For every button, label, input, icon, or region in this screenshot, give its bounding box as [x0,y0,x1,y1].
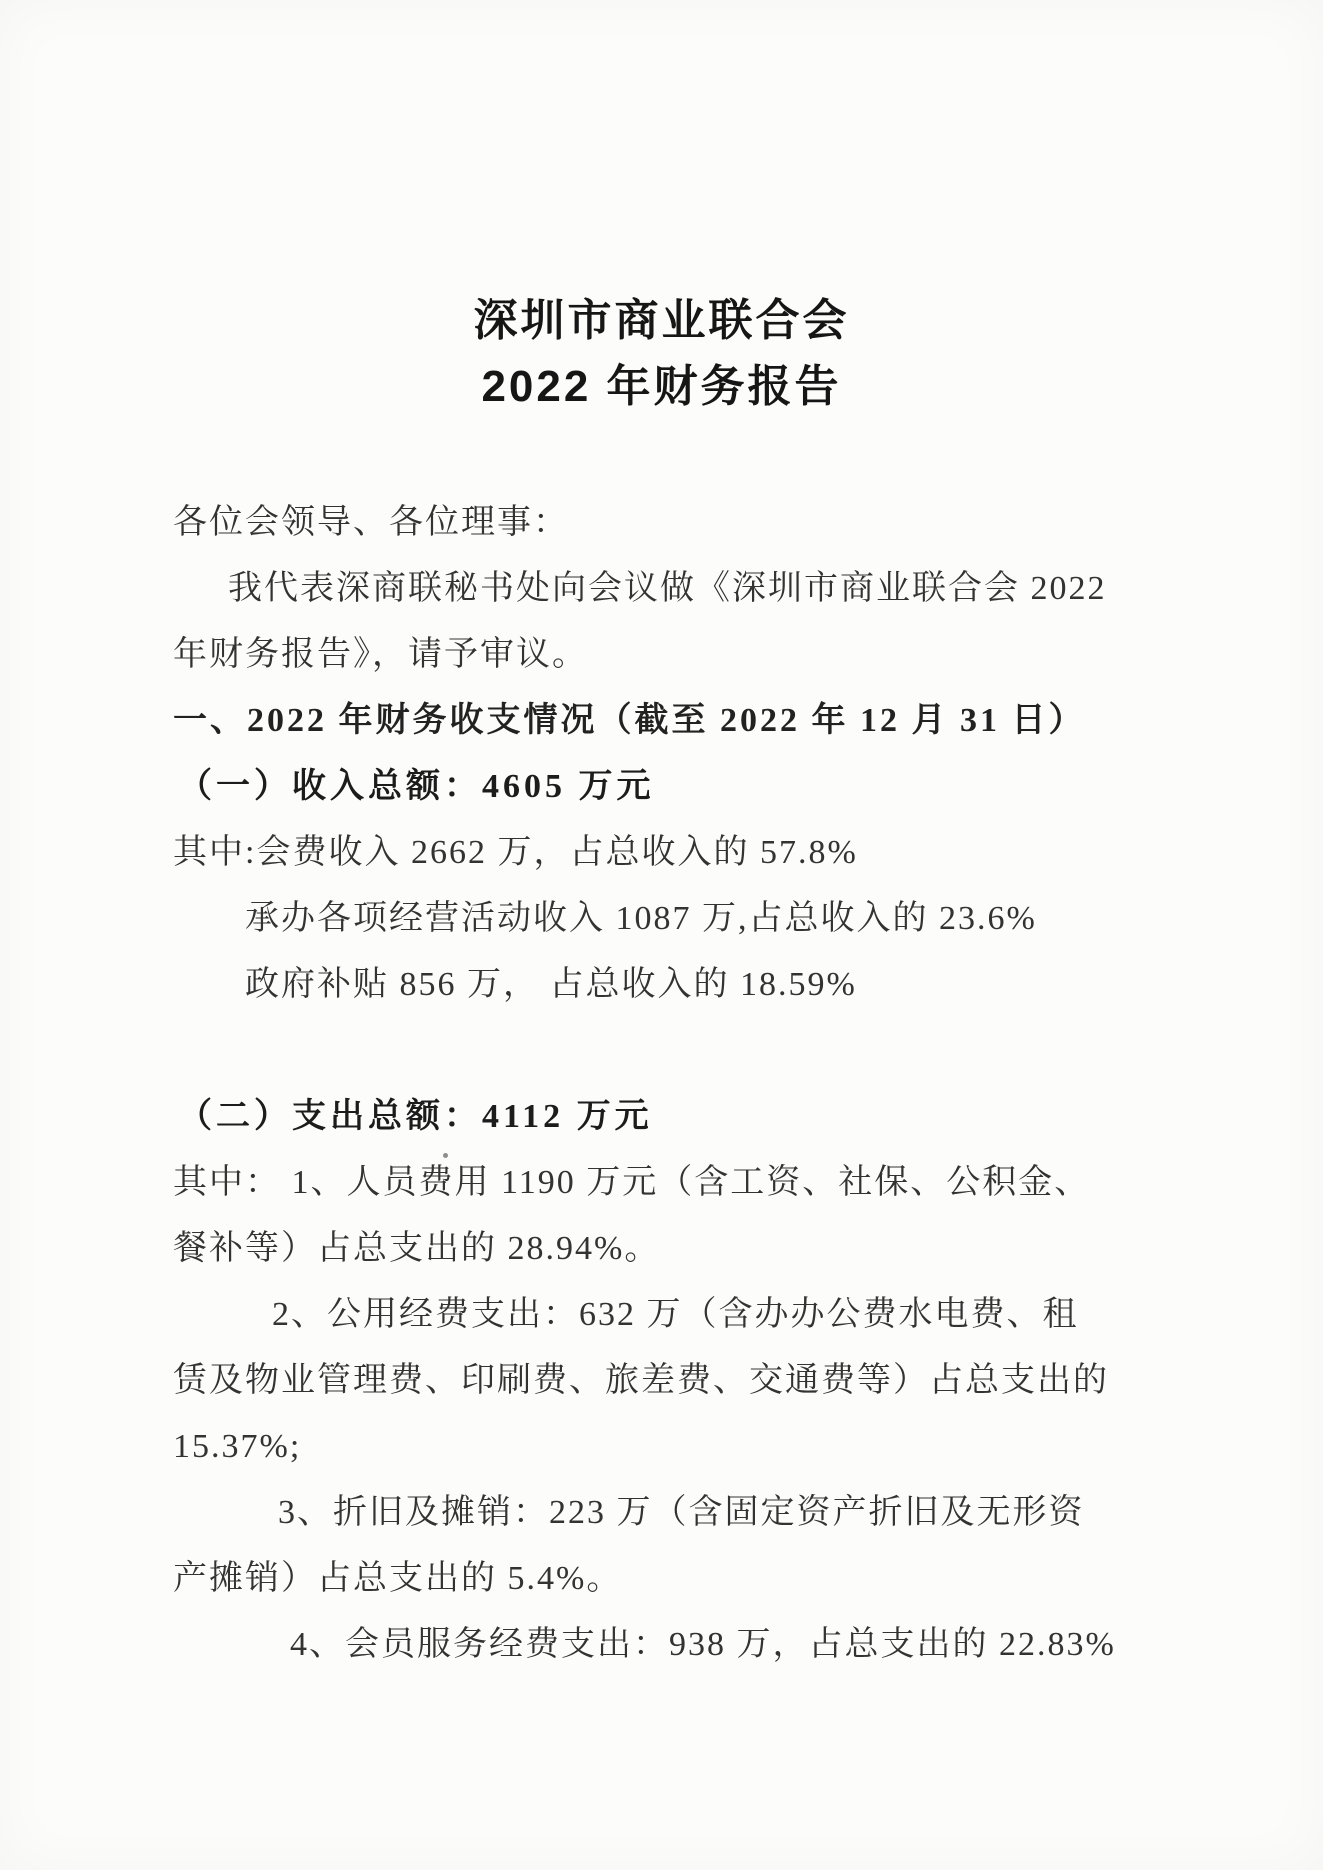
expense-item4-line-1: 4、会员服务经费支出：938 万，占总支出的 22.83% [173,1612,1158,1678]
income-total-heading: （一）收入总额：4605 万元 [173,754,1158,820]
document-title-line-2: 2022 年财务报告 [0,354,1323,420]
blank-line-spacer [173,1018,1158,1084]
document-title-line-1: 深圳市商业联合会 [0,288,1323,354]
intro-paragraph-line-1: 我代表深商联秘书处向会议做《深圳市商业联合会 2022 [173,556,1158,622]
expense-item3-line-1: 3、折旧及摊销：223 万（含固定资产折旧及无形资 [173,1480,1158,1546]
expense-item3-line-2: 产摊销）占总支出的 5.4%。 [173,1546,1158,1612]
scan-artifact-speck [443,1153,448,1158]
income-business-activity-line: 承办各项经营活动收入 1087 万,占总收入的 23.6% [173,886,1158,952]
document-body: 各位会领导、各位理事： 我代表深商联秘书处向会议做《深圳市商业联合会 2022 … [0,490,1323,1678]
salutation-line: 各位会领导、各位理事： [173,490,1158,556]
expense-item1-line-2: 餐补等）占总支出的 28.94%。 [173,1216,1158,1282]
scanned-document-page: 深圳市商业联合会 2022 年财务报告 各位会领导、各位理事： 我代表深商联秘书… [0,0,1323,1870]
expense-total-heading: （二）支出总额：4112 万元 [173,1084,1158,1150]
section-1-heading: 一、2022 年财务收支情况（截至 2022 年 12 月 31 日） [173,688,1158,754]
expense-item2-line-1: 2、公用经费支出：632 万（含办办公费水电费、租 [173,1282,1158,1348]
document-title: 深圳市商业联合会 2022 年财务报告 [0,0,1323,420]
intro-paragraph-line-2: 年财务报告》，请予审议。 [173,622,1158,688]
expense-item1-line-1: 其中： 1、人员费用 1190 万元（含工资、社保、公积金、 [173,1150,1158,1216]
expense-item2-line-2: 赁及物业管理费、印刷费、旅差费、交通费等）占总支出的 [173,1348,1158,1414]
expense-item2-line-3: 15.37%; [173,1414,1158,1480]
income-government-subsidy-line: 政府补贴 856 万， 占总收入的 18.59% [173,952,1158,1018]
income-membership-fee-line: 其中:会费收入 2662 万，占总收入的 57.8% [173,820,1158,886]
